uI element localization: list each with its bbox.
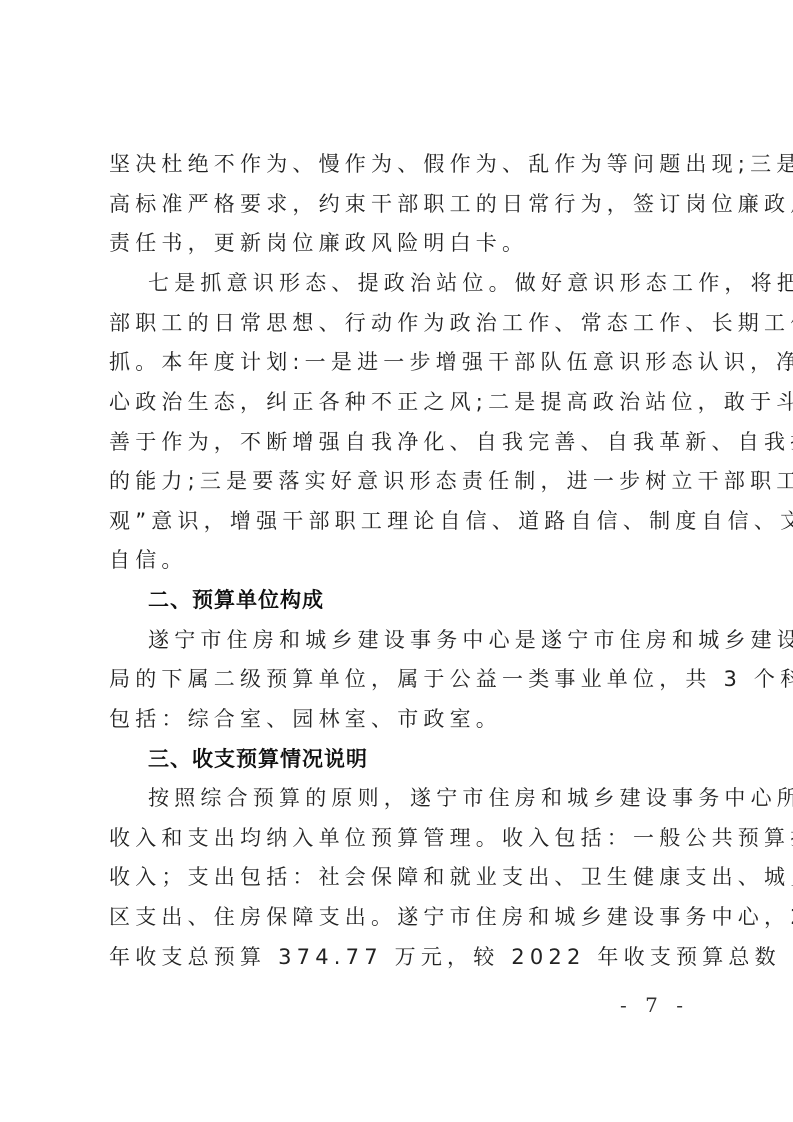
paragraph-line: 按照综合预算的原则，遂宁市住房和城乡建设事务中心所有 [148, 783, 738, 813]
section-heading-budget-unit: 二、预算单位构成 [148, 585, 738, 615]
paragraph-line: 坚决杜绝不作为、慢作为、假作为、乱作为等问题出现;三是坚持 [109, 149, 699, 179]
paragraph-line: 收入和支出均纳入单位预算管理。收入包括：一般公共预算拨款 [109, 823, 699, 853]
paragraph-line: 区支出、住房保障支出。遂宁市住房和城乡建设事务中心，2023 [109, 902, 699, 932]
paragraph-line: 高标准严格要求，约束干部职工的日常行为，签订岗位廉政风险 [109, 189, 699, 219]
paragraph-line: 局的下属二级预算单位，属于公益一类事业单位，共 3 个科室， [109, 664, 699, 694]
paragraph-line: 收入；支出包括：社会保障和就业支出、卫生健康支出、城乡社 [109, 862, 699, 892]
document-page: 坚决杜绝不作为、慢作为、假作为、乱作为等问题出现;三是坚持 高标准严格要求，约束… [0, 0, 793, 1122]
paragraph-line: 七是抓意识形态、提政治站位。做好意识形态工作，将把干 [148, 268, 738, 298]
paragraph-line: 自信。 [109, 545, 699, 575]
paragraph-line: 抓。本年度计划:一是进一步增强干部队伍意识形态认识，净化中 [109, 347, 699, 377]
paragraph-line: 善于作为，不断增强自我净化、自我完善、自我革新、自我提高 [109, 427, 699, 457]
paragraph-line: 年收支总预算 374.77 万元，较 2022 年收支预算总数 329.73 万… [109, 942, 699, 972]
paragraph-line: 心政治生态，纠正各种不正之风;二是提高政治站位，敢于斗争、 [109, 387, 699, 417]
paragraph-line: 部职工的日常思想、行动作为政治工作、常态工作、长期工作来 [109, 308, 699, 338]
paragraph-line: 责任书，更新岗位廉政风险明白卡。 [109, 228, 699, 258]
paragraph-line: 包括：综合室、园林室、市政室。 [109, 704, 699, 734]
paragraph-line: 观”意识，增强干部职工理论自信、道路自信、制度自信、文化 [109, 506, 699, 536]
paragraph-line: 的能力;三是要落实好意识形态责任制，进一步树立干部职工“三 [109, 466, 699, 496]
paragraph-line: 遂宁市住房和城乡建设事务中心是遂宁市住房和城乡建设 [148, 625, 738, 655]
page-number: - 7 - [620, 993, 689, 1017]
section-heading-budget-explanation: 三、收支预算情况说明 [148, 744, 738, 774]
